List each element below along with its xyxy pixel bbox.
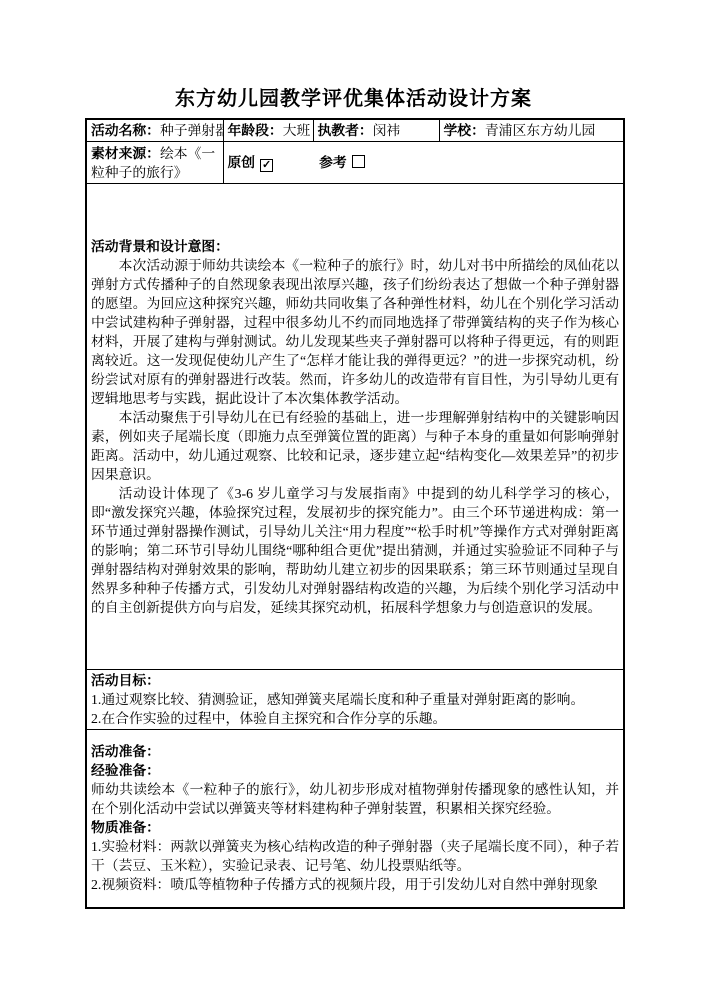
table-row-goals: 活动目标： 1.通过观察比较、猜测验证，感知弹簧夹尾端长度和种子重量对弹射距离的… [86,670,624,730]
activity-design-table: 活动名称：种子弹射器 年龄段：大班 执教者：闵祎 学校：青浦区东方幼儿园 素材来… [85,118,625,909]
table-row-background: 活动背景和设计意图： 本次活动源于师幼共读绘本《一粒种子的旅行》时，幼儿对书中所… [86,184,624,670]
original-label: 原创 [228,155,256,170]
reference-checkbox-empty-icon [352,155,365,168]
material-prep-item: 1.实验材料：两款以弹簧夹为核心结构改造的种子弹射器（夹子尾端长度不同），种子若… [91,837,619,875]
source-cell: 素材来源：绘本《一粒种子的旅行》 [86,142,223,184]
table-row-preparation: 活动准备： 经验准备： 师幼共读绘本《一粒种子的旅行》，幼儿初步形成对植物弹射传… [86,730,624,908]
original-checkbox-checked-icon: ✓ [260,159,273,172]
check-icon: ✓ [262,159,271,171]
origin-cell: 原创✓参考 [223,142,624,184]
document-page: 东方幼儿园教学评优集体活动设计方案 活动名称：种子弹射器 年龄段：大班 执教者：… [0,0,707,999]
goals-section-label: 活动目标： [91,671,619,690]
age-label: 年龄段： [228,123,283,138]
goals-section: 活动目标： 1.通过观察比较、猜测验证，感知弹簧夹尾端长度和种子重量对弹射距离的… [86,670,624,730]
age-value: 大班 [283,123,311,138]
school-cell: 学校：青浦区东方幼儿园 [439,119,624,142]
activity-name-value: 种子弹射器 [160,123,223,138]
experience-prep-text: 师幼共读绘本《一粒种子的旅行》，幼儿初步形成对植物弹射传播现象的感性认知，并在个… [91,780,619,818]
table-row-source: 素材来源：绘本《一粒种子的旅行》 原创✓参考 [86,142,624,184]
school-label: 学校： [444,123,485,138]
goal-item: 1.通过观察比较、猜测验证，感知弹簧夹尾端长度和种子重量对弹射距离的影响。 [91,690,619,709]
activity-name-label: 活动名称： [91,123,160,138]
background-paragraph: 本次活动源于师幼共读绘本《一粒种子的旅行》时，幼儿对书中所描绘的凤仙花以弹射方式… [91,256,619,408]
source-label: 素材来源： [91,146,160,161]
background-section: 活动背景和设计意图： 本次活动源于师幼共读绘本《一粒种子的旅行》时，幼儿对书中所… [86,184,624,670]
material-prep-label: 物质准备： [91,818,619,837]
page-title: 东方幼儿园教学评优集体活动设计方案 [0,82,707,111]
preparation-section-label: 活动准备： [91,742,619,761]
teacher-label: 执教者： [318,123,373,138]
age-cell: 年龄段：大班 [223,119,313,142]
activity-name-cell: 活动名称：种子弹射器 [86,119,223,142]
teacher-cell: 执教者：闵祎 [313,119,439,142]
experience-prep-label: 经验准备： [91,761,619,780]
preparation-section: 活动准备： 经验准备： 师幼共读绘本《一粒种子的旅行》，幼儿初步形成对植物弹射传… [86,730,624,908]
background-paragraph: 活动设计体现了《3-6 岁儿童学习与发展指南》中提到的幼儿科学学习的核心，即“激… [91,484,619,617]
table-row-header-info: 活动名称：种子弹射器 年龄段：大班 执教者：闵祎 学校：青浦区东方幼儿园 [86,119,624,142]
reference-label: 参考 [319,155,347,170]
teacher-value: 闵祎 [373,123,401,138]
goal-item: 2.在合作实验的过程中，体验自主探究和合作分享的乐趣。 [91,709,619,728]
background-paragraph: 本活动聚焦于引导幼儿在已有经验的基础上，进一步理解弹射结构中的关键影响因素，例如… [91,408,619,484]
background-section-label: 活动背景和设计意图： [91,237,619,256]
school-value: 青浦区东方幼儿园 [485,123,595,138]
material-prep-item: 2.视频资料：喷瓜等植物种子传播方式的视频片段，用于引发幼儿对自然中弹射现象 [91,875,619,894]
